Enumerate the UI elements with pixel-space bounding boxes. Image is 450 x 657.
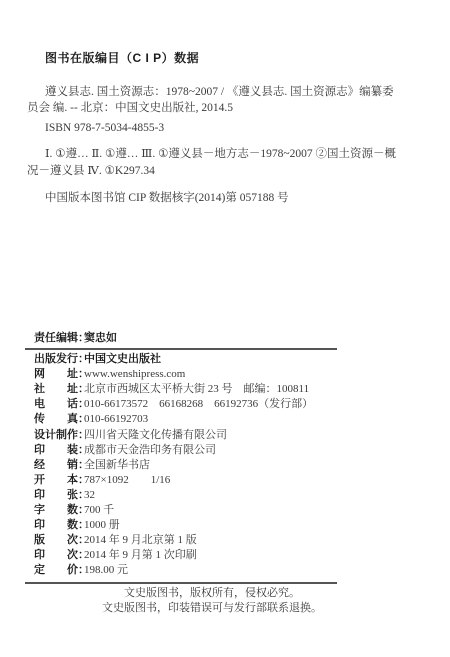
- row-label: 社 址：: [34, 382, 84, 397]
- row-value: 窦忠如: [84, 332, 117, 344]
- row-label: 版 次：: [34, 533, 84, 548]
- row-label: 传 真：: [34, 412, 84, 427]
- row-value: 全国新华书店: [84, 459, 150, 471]
- colophon-row-design: 设计制作：四川省天隆文化传播有限公司: [25, 428, 423, 443]
- row-value: 010-66192703: [84, 413, 148, 425]
- returns-notice: 文史版图书，印装错误可与发行部联系退换。: [25, 601, 399, 616]
- colophon-row-format: 开 本：787×1092 1/16: [25, 473, 423, 488]
- colophon-row-address: 社 址：北京市西城区太平桥大街 23 号 邮编：100811: [25, 382, 423, 397]
- colophon-row-printrun: 印 数：1000 册: [25, 518, 423, 533]
- row-label: 定 价：: [34, 563, 84, 578]
- row-label: 印 次：: [34, 548, 84, 563]
- row-value: 1000 册: [84, 519, 120, 531]
- cip-record-number: 中国版本图书馆 CIP 数据核字(2014)第 057188 号: [45, 190, 397, 207]
- colophon-row-edition: 版 次：2014 年 9 月北京第 1 版: [25, 533, 423, 548]
- colophon-row-price: 定 价：198.00 元: [25, 563, 423, 578]
- row-label: 字 数：: [34, 503, 84, 518]
- row-label: 网 址：: [34, 367, 84, 382]
- row-value: 2014 年 9 月第 1 次印刷: [84, 549, 197, 561]
- row-value: 四川省天隆文化传播有限公司: [84, 429, 227, 441]
- copyright-notice: 文史版图书，版权所有，侵权必究。: [25, 586, 399, 601]
- row-label: 电 话：: [34, 397, 84, 412]
- row-value: 北京市西城区太平桥大街 23 号 邮编：100811: [84, 383, 309, 395]
- row-value: www.wenshipress.com: [84, 368, 185, 380]
- row-value: 2014 年 9 月北京第 1 版: [84, 534, 197, 546]
- row-value: 700 千: [84, 504, 114, 516]
- colophon-row-fax: 传 真：010-66192703: [25, 412, 423, 427]
- colophon-row-distribution: 经 销：全国新华书店: [25, 458, 423, 473]
- colophon-row-impression: 印 次：2014 年 9 月第 1 次印刷: [25, 548, 423, 563]
- row-label: 开 本：: [34, 473, 84, 488]
- cip-heading: 图书在版编目（C I P）数据: [45, 50, 397, 67]
- colophon-row-wordcount: 字 数：700 千: [25, 503, 423, 518]
- row-value: 787×1092 1/16: [84, 474, 170, 486]
- colophon-row-website: 网 址：www.wenshipress.com: [25, 367, 423, 382]
- cip-classification: Ⅰ. ①遵… Ⅱ. ①遵… Ⅲ. ①遵义县－地方志－1978~2007 ②国土资…: [27, 146, 397, 179]
- colophon-row-publisher: 出版发行：中国文史出版社: [25, 352, 423, 367]
- book-copyright-page: 图书在版编目（C I P）数据 遵义县志. 国土资源志：1978~2007 / …: [0, 0, 450, 657]
- row-label: 经 销：: [34, 458, 84, 473]
- row-value: 010-66173572 66168268 66192736（发行部）: [84, 398, 313, 410]
- row-label: 责任编辑：: [34, 331, 84, 346]
- cip-section: 图书在版编目（C I P）数据 遵义县志. 国土资源志：1978~2007 / …: [27, 50, 397, 207]
- colophon-row-phone: 电 话：010-66173572 66168268 66192736（发行部）: [25, 397, 423, 412]
- colophon-row-editor: 责任编辑：窦忠如: [25, 331, 423, 346]
- colophon-row-sheets: 印 张：32: [25, 488, 423, 503]
- row-label: 印 装：: [34, 443, 84, 458]
- row-label: 印 数：: [34, 518, 84, 533]
- colophon-section: 责任编辑：窦忠如 出版发行：中国文史出版社 网 址：www.wenshipres…: [25, 331, 423, 616]
- colophon-row-printing: 印 装：成都市天金浩印务有限公司: [25, 443, 423, 458]
- row-value: 32: [84, 489, 95, 501]
- isbn-line: ISBN 978-7-5034-4855-3: [45, 120, 397, 137]
- divider-rule-top: [25, 348, 337, 350]
- cip-description: 遵义县志. 国土资源志：1978~2007 / 《遵义县志. 国土资源志》编纂委…: [27, 84, 397, 117]
- row-value: 中国文史出版社: [84, 353, 161, 365]
- divider-rule-bottom: [25, 582, 337, 584]
- row-label: 出版发行：: [34, 352, 84, 367]
- row-value: 成都市天金浩印务有限公司: [84, 444, 216, 456]
- row-label: 印 张：: [34, 488, 84, 503]
- row-value: 198.00 元: [84, 564, 128, 576]
- row-label: 设计制作：: [34, 428, 84, 443]
